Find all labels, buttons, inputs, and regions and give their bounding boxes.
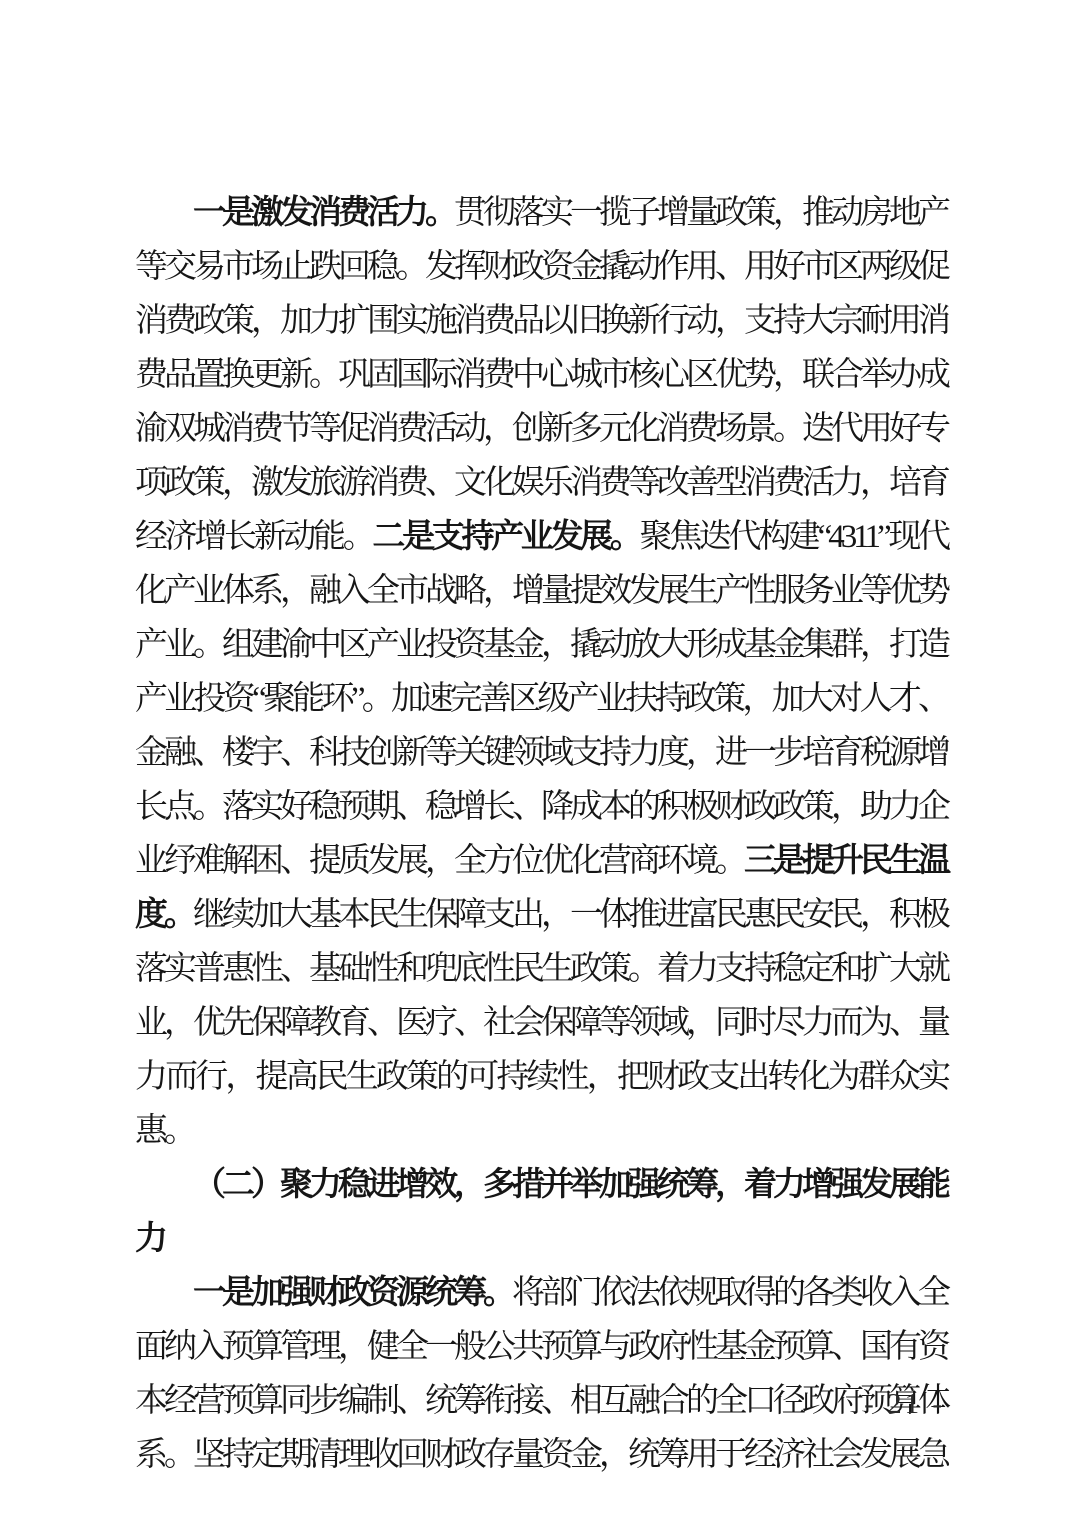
heading-run-support-industry: 二是支持产业发展。 [372,519,639,555]
document-body: 一是激发消费活力。贯彻落实一揽子增量政策，推动房地产等交易市场止跌回稳。发挥财政… [135,186,947,1482]
document-page: 一是激发消费活力。贯彻落实一揽子增量政策，推动房地产等交易市场止跌回稳。发挥财政… [0,0,1074,1520]
page-number: - 21 - [864,1388,945,1420]
text-run-consumption-body: 贯彻落实一揽子增量政策，推动房地产等交易市场止跌回稳。发挥财政资金撬动作用、用好… [135,195,947,555]
heading-run-fiscal-resources: 一是加强财政资源统筹。 [193,1275,512,1311]
text-run-livelihood-body: 继续加大基本民生保障支出，一体推进富民惠民安民，积极落实普惠性、基础性和兜底性民… [135,897,947,1149]
paragraph-section-two-heading: （二）聚力稳进增效，多措并举加强统筹，着力增强发展能力 [135,1158,947,1266]
heading-run-section-two: （二）聚力稳进增效，多措并举加强统筹，着力增强发展能力 [135,1167,947,1257]
heading-run-stimulate-consumption: 一是激发消费活力。 [193,195,454,231]
text-run-industry-body: 聚焦迭代构建“4311”现代化产业体系，融入全市战略，增量提效发展生产性服务业等… [135,519,947,879]
paragraph-fiscal-resources: 一是加强财政资源统筹。将部门依法依规取得的各类收入全面纳入预算管理，健全一般公共… [135,1266,947,1482]
paragraph-consumption: 一是激发消费活力。贯彻落实一揽子增量政策，推动房地产等交易市场止跌回稳。发挥财政… [135,186,947,1158]
